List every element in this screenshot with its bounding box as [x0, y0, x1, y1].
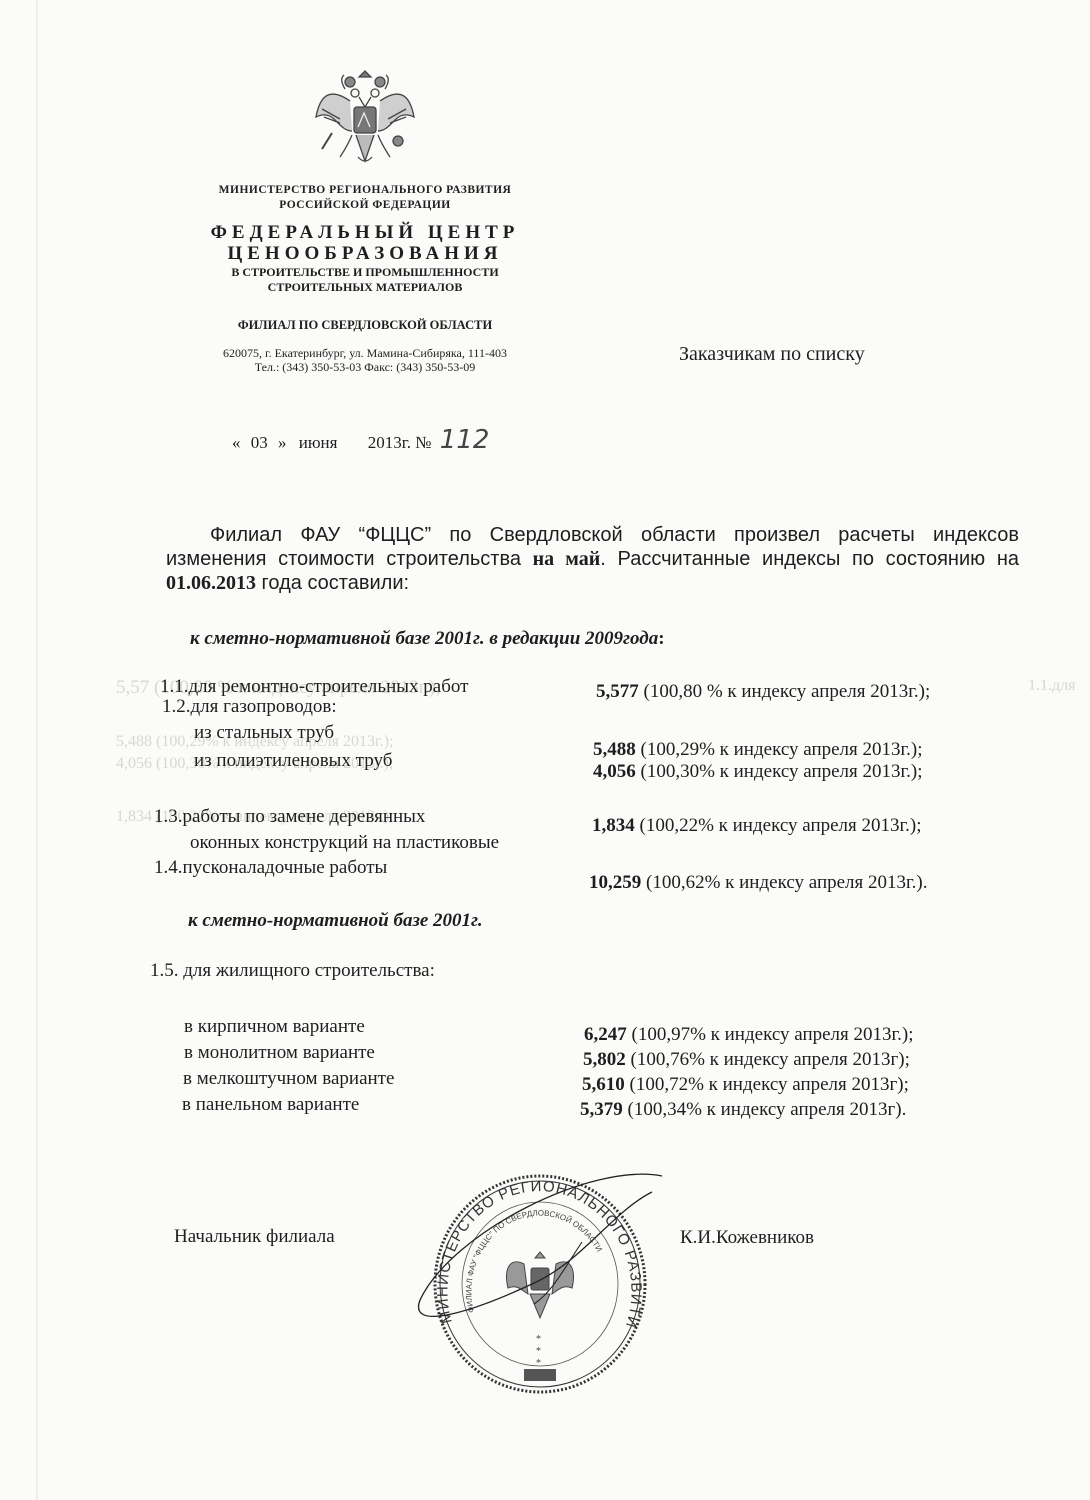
- section-1-item-label: оконных конструкций на пластиковые: [190, 832, 499, 854]
- signatory-title: Начальник филиала: [174, 1226, 335, 1248]
- intro-text-2: . Рассчитанные индексы по состоянию на: [600, 548, 1019, 570]
- index-value-row: 10,259 (100,62% к индексу апреля 2013г.)…: [589, 872, 928, 894]
- ministry-line-1: МИНИСТЕРСТВО РЕГИОНАЛЬНОГО РАЗВИТИЯ: [180, 183, 550, 198]
- branch-name: ФИЛИАЛ ПО СВЕРДЛОВСКОЙ ОБЛАСТИ: [180, 318, 550, 333]
- center-line-2: ЦЕНООБРАЗОВАНИЯ: [180, 243, 550, 264]
- russian-coat-of-arms-icon: [310, 65, 420, 170]
- section-1-item-label: 1.2.для газопроводов:: [162, 696, 337, 718]
- index-percent-note: (100,22% к индексу апреля 2013г.);: [635, 815, 922, 836]
- section-1-item-label: из стальных труб: [194, 722, 334, 744]
- branch-address: 620075, г. Екатеринбург, ул. Мамина-Сиби…: [180, 346, 550, 360]
- date-quote-close: »: [278, 433, 287, 452]
- svg-text:*: *: [536, 1346, 541, 1357]
- section-1-heading-colon: :: [658, 628, 664, 649]
- branch-phones: Тел.: (343) 350-53-03 Факс: (343) 350-53…: [180, 360, 550, 374]
- date-year: 2013г.: [368, 433, 411, 452]
- ministry-name: МИНИСТЕРСТВО РЕГИОНАЛЬНОГО РАЗВИТИЯ РОСС…: [180, 183, 550, 213]
- scan-edge: [36, 0, 38, 1500]
- index-value-row: 5,488 (100,29% к индексу апреля 2013г.);: [593, 739, 923, 761]
- branch-contacts: 620075, г. Екатеринбург, ул. Мамина-Сиби…: [180, 346, 550, 374]
- intro-text-3: года составили:: [256, 572, 409, 594]
- section-1-heading-text: к сметно-нормативной базе 2001г. в редак…: [190, 628, 658, 649]
- center-sub-line-1: В СТРОИТЕЛЬСТВЕ И ПРОМЫШЛЕННОСТИ: [180, 265, 550, 280]
- section-2-item-label: в мелкоштучном варианте: [183, 1068, 394, 1090]
- intro-date-bold: 01.06.2013: [166, 572, 256, 594]
- official-round-seal-icon: МИНИСТЕРСТВО РЕГИОНАЛЬНОГО РАЗВИТИЯ РОСС…: [412, 1172, 667, 1397]
- date-day: 03: [251, 433, 268, 452]
- intro-paragraph: Филиал ФАУ “ФЦЦС” по Свердловской област…: [166, 523, 1019, 595]
- section-2-item-label: в монолитном варианте: [184, 1042, 375, 1064]
- center-subtitle: В СТРОИТЕЛЬСТВЕ И ПРОМЫШЛЕННОСТИ СТРОИТЕ…: [180, 265, 550, 295]
- ministry-line-2: РОССИЙСКОЙ ФЕДЕРАЦИИ: [180, 198, 550, 213]
- intro-period-bold: на май: [533, 548, 601, 570]
- signatory-name: К.И.Кожевников: [680, 1227, 814, 1249]
- section-2-subheading: 1.5. для жилищного строительства:: [150, 960, 435, 982]
- index-value: 5,610: [582, 1074, 625, 1095]
- section-2-item-label: в панельном варианте: [182, 1094, 359, 1116]
- section-1-item-label: 1.3.работы по замене деревянных: [154, 806, 425, 828]
- index-percent-note: (100,72% к индексу апреля 2013г);: [625, 1074, 909, 1095]
- index-value: 10,259: [589, 872, 641, 893]
- section-2-item-label: в кирпичном варианте: [184, 1016, 365, 1038]
- section-2-heading: к сметно-нормативной базе 2001г.: [188, 910, 483, 932]
- index-value: 1,834: [592, 815, 635, 836]
- date-month: июня: [299, 433, 338, 452]
- section-1-heading: к сметно-нормативной базе 2001г. в редак…: [190, 628, 665, 650]
- svg-text:*: *: [536, 1358, 541, 1369]
- index-value-row: 5,610 (100,72% к индексу апреля 2013г);: [582, 1074, 909, 1096]
- index-percent-note: (100,29% к индексу апреля 2013г.);: [636, 739, 923, 760]
- index-percent-note: (100,34% к индексу апреля 2013г).: [623, 1099, 907, 1120]
- index-percent-note: (100,97% к индексу апреля 2013г.);: [627, 1024, 914, 1045]
- index-value: 5,488: [593, 739, 636, 760]
- center-sub-line-2: СТРОИТЕЛЬНЫХ МАТЕРИАЛОВ: [180, 280, 550, 295]
- recipient: Заказчикам по списку: [679, 343, 865, 366]
- date-quote-open: «: [232, 433, 241, 452]
- index-value: 5,379: [580, 1099, 623, 1120]
- index-value-row: 6,247 (100,97% к индексу апреля 2013г.);: [584, 1024, 914, 1046]
- index-value-row: 1,834 (100,22% к индексу апреля 2013г.);: [592, 815, 922, 837]
- index-value-row: 4,056 (100,30% к индексу апреля 2013г.);: [593, 761, 923, 783]
- index-percent-note: (100,80 % к индексу апреля 2013г.);: [639, 681, 931, 702]
- index-value-row: 5,802 (100,76% к индексу апреля 2013г);: [583, 1049, 910, 1071]
- index-percent-note: (100,62% к индексу апреля 2013г.).: [641, 872, 927, 893]
- index-percent-note: (100,76% к индексу апреля 2013г);: [626, 1049, 910, 1070]
- doc-number-label: №: [415, 433, 431, 452]
- doc-number-handwritten: 112: [440, 425, 490, 455]
- index-value: 5,802: [583, 1049, 626, 1070]
- center-line-1: ФЕДЕРАЛЬНЫЙ ЦЕНТР: [180, 222, 550, 243]
- index-value: 6,247: [584, 1024, 627, 1045]
- svg-text:*: *: [536, 1334, 541, 1345]
- center-name: ФЕДЕРАЛЬНЫЙ ЦЕНТР ЦЕНООБРАЗОВАНИЯ: [180, 222, 550, 264]
- index-percent-note: (100,30% к индексу апреля 2013г.);: [636, 761, 923, 782]
- section-1-item-label: из полиэтиленовых труб: [194, 750, 392, 772]
- section-1-item-label: 1.1.для ремонтно-строительных работ: [160, 676, 468, 698]
- index-value: 5,577: [596, 681, 639, 702]
- ghost-text: 1.1.для: [1028, 677, 1075, 695]
- index-value: 4,056: [593, 761, 636, 782]
- dateline: « 03 » июня 2013г. № 112: [232, 425, 489, 455]
- section-1-item-label: 1.4.пусконаладочные работы: [154, 857, 387, 879]
- svg-text:МИНИСТЕРСТВО РЕГИОНАЛЬНОГО РАЗ: МИНИСТЕРСТВО РЕГИОНАЛЬНОГО РАЗВИТИЯ РОСС…: [412, 1172, 645, 1330]
- index-value-row: 5,577 (100,80 % к индексу апреля 2013г.)…: [596, 681, 930, 703]
- index-value-row: 5,379 (100,34% к индексу апреля 2013г).: [580, 1099, 906, 1121]
